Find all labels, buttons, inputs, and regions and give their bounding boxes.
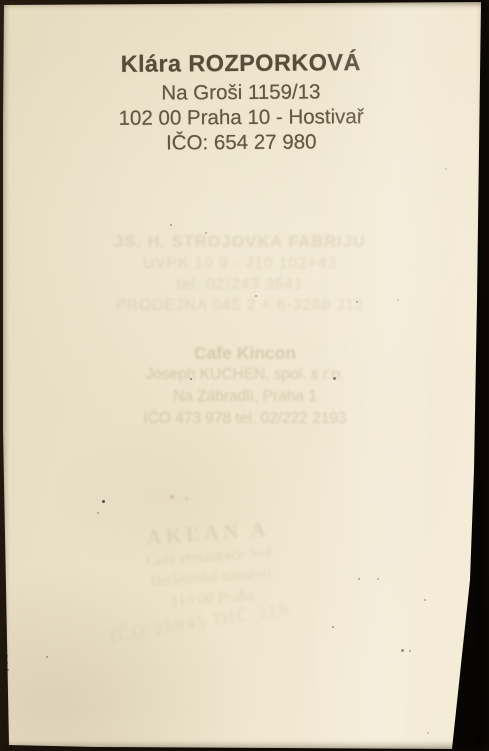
stamp-city: 102 00 Praha 10 - Hostivař bbox=[0, 103, 482, 131]
photo-background: Klára ROZPORKOVÁ Na Groši 1159/13 102 00… bbox=[0, 0, 489, 751]
paper-speck bbox=[102, 500, 105, 503]
stamp-street: Na Groši 1159/13 bbox=[0, 78, 482, 106]
stamp-owner-name: Klára ROZPORKOVÁ bbox=[0, 48, 482, 78]
bleedthrough-numbers: IČO 25945 DIČ 216 bbox=[105, 597, 296, 647]
paper-speck bbox=[6, 662, 8, 664]
bleedthrough-line: AKĽAN A bbox=[57, 510, 358, 557]
bleedthrough-line: 110 00 Praha bbox=[62, 577, 363, 619]
bleedthrough-line: Joseph KUCHEN, spol. s r.o. bbox=[95, 364, 395, 386]
bleedthrough-line: Café restaurace Svě bbox=[59, 536, 360, 578]
bleedthrough-line: UVPK 10 9 - J10 102+43 bbox=[90, 253, 390, 274]
paper-stain bbox=[170, 495, 174, 499]
paper-speck bbox=[255, 295, 257, 297]
paper-speck bbox=[397, 299, 399, 301]
paper-speck bbox=[356, 301, 358, 303]
stamp-ico: IČO: 654 27 980 bbox=[0, 128, 482, 156]
paper-speck bbox=[7, 669, 9, 671]
receipt-paper: Klára ROZPORKOVÁ Na Groši 1159/13 102 00… bbox=[0, 0, 489, 751]
bleedthrough-line: IČO 473 978 tel. 02/222 2193 bbox=[95, 408, 395, 430]
bleedthrough-line: PRODEJNA 045 2 + 6-3268 J12 bbox=[90, 295, 390, 316]
paper-speck bbox=[377, 578, 379, 580]
bleedthrough-block-lower: AKĽAN A Café restaurace Svě Betlémské ná… bbox=[57, 510, 362, 620]
paper-speck bbox=[409, 650, 411, 652]
paper-speck bbox=[5, 648, 7, 650]
paper-speck bbox=[6, 655, 8, 657]
paper-speck bbox=[97, 512, 99, 514]
bleedthrough-block-upper: JS. H. STROJOVKA FABRIJU UVPK 10 9 - J10… bbox=[90, 232, 390, 316]
bleedthrough-line: JS. H. STROJOVKA FABRIJU bbox=[90, 232, 390, 253]
bleedthrough-block-middle: Cafe Kincon Joseph KUCHEN, spol. s r.o. … bbox=[95, 342, 395, 430]
paper-speck bbox=[401, 649, 404, 652]
bleedthrough-line: Na Zábradlí, Praha 1 bbox=[95, 386, 395, 408]
stamp-address-block: Klára ROZPORKOVÁ Na Groši 1159/13 102 00… bbox=[0, 48, 482, 156]
paper-speck bbox=[46, 656, 48, 658]
paper-stain bbox=[185, 497, 188, 500]
paper-speck bbox=[190, 378, 192, 380]
paper-speck bbox=[333, 377, 336, 380]
paper-speck bbox=[424, 599, 426, 601]
paper-speck bbox=[332, 626, 334, 628]
bleedthrough-line: Cafe Kincon bbox=[95, 342, 395, 364]
paper-speck bbox=[445, 168, 447, 170]
paper-speck bbox=[205, 232, 207, 234]
bleedthrough-line: tel. 02/243 3541 bbox=[90, 274, 390, 295]
paper-speck bbox=[358, 578, 360, 580]
paper-speck bbox=[170, 224, 172, 226]
bleedthrough-line: Betlémské náměstí bbox=[61, 557, 362, 599]
paper-speck bbox=[427, 732, 429, 734]
